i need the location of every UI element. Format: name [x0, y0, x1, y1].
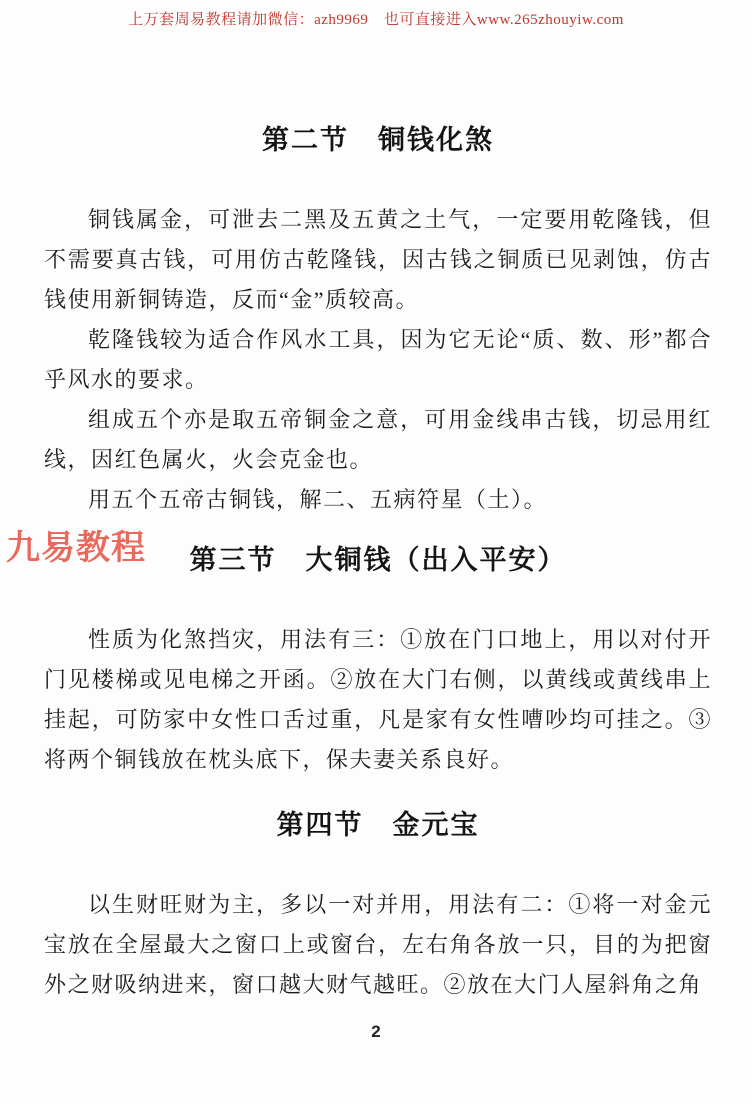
paragraph: 组成五个亦是取五帝铜金之意，可用金线串古钱，切忌用红线，因红色属火，火会克金也。	[44, 400, 712, 480]
paragraph: 以生财旺财为主，多以一对并用，用法有二：①将一对金元宝放在全屋最大之窗口上或窗台…	[44, 885, 712, 1005]
section-body: 性质为化煞挡灾，用法有三：①放在门口地上，用以对付开门见楼梯或见电梯之开函。②放…	[44, 620, 712, 780]
promo-header-text: 上万套周易教程请加微信：azh9969 也可直接进入www.265zhouyiw…	[0, 8, 752, 29]
paragraph: 用五个五帝古铜钱，解二、五病符星（土）。	[44, 480, 712, 520]
page-number: 2	[0, 1022, 752, 1042]
section-body: 以生财旺财为主，多以一对并用，用法有二：①将一对金元宝放在全屋最大之窗口上或窗台…	[44, 885, 712, 1005]
page-content: 第二节 铜钱化煞 铜钱属金，可泄去二黑及五黄之土气，一定要用乾隆钱，但不需要真古…	[0, 0, 752, 1005]
paragraph: 铜钱属金，可泄去二黑及五黄之土气，一定要用乾隆钱，但不需要真古钱，可用仿古乾隆钱…	[44, 200, 712, 320]
section-title-copper-coin: 第二节 铜钱化煞	[44, 125, 712, 155]
paragraph: 性质为化煞挡灾，用法有三：①放在门口地上，用以对付开门见楼梯或见电梯之开函。②放…	[44, 620, 712, 780]
section-body: 铜钱属金，可泄去二黑及五黄之土气，一定要用乾隆钱，但不需要真古钱，可用仿古乾隆钱…	[44, 200, 712, 520]
section-title-gold-ingot: 第四节 金元宝	[44, 810, 712, 840]
watermark-text: 九易教程	[6, 531, 146, 565]
paragraph: 乾隆钱较为适合作风水工具，因为它无论“质、数、形”都合乎风水的要求。	[44, 320, 712, 400]
document-page: 上万套周易教程请加微信：azh9969 也可直接进入www.265zhouyiw…	[0, 0, 752, 1104]
